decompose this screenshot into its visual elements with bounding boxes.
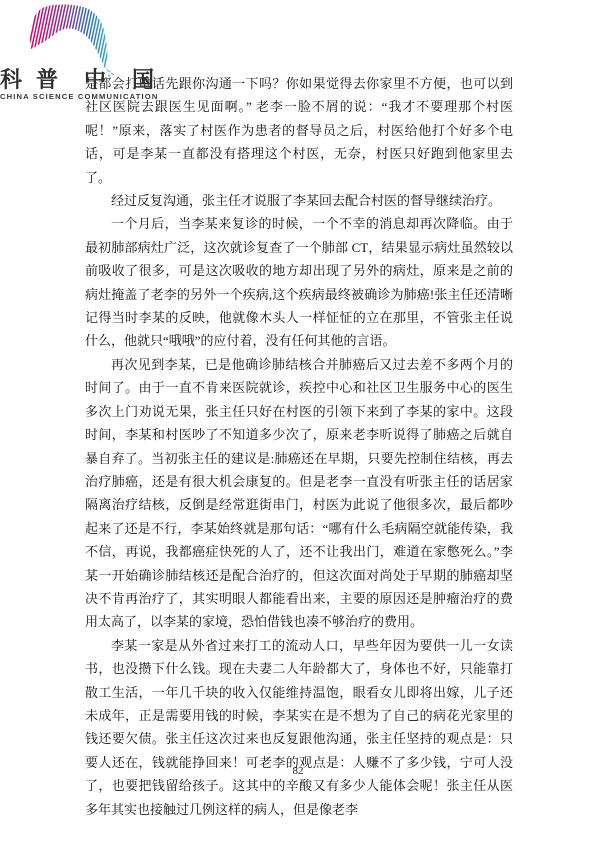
paragraph: 再次见到李某，已是他确诊肺结核合并肺癌后又过去差不多两个月的时间了。由于一直不肯… — [85, 353, 513, 634]
page-number: 82 — [0, 765, 596, 777]
paragraph: 经过反复沟通，张主任才说服了李某回去配合村医的督导继续治疗。 — [85, 189, 513, 212]
paragraph: 李某一家是从外省过来打工的流动人口，早些年因为要供一儿一女读书，也没攒下什么钱。… — [85, 634, 513, 821]
document-body: 是都会打电话先跟你沟通一下吗？你如果觉得去你家里不方便，也可以到社区医院去跟医生… — [85, 72, 513, 821]
page: 科普 中国 CHINA SCIENCE COMMUNICATION 是都会打电话… — [0, 0, 596, 842]
logo-title-cn-part1: 科普 — [0, 68, 72, 92]
paragraph: 一个月后，当李某来复诊的时候，一个不幸的消息却再次降临。由于最初肺部病灶广泛，这… — [85, 212, 513, 352]
logo-title-cn-part2: 中国 — [84, 68, 180, 92]
logo-subtitle-en: CHINA SCIENCE COMMUNICATION — [0, 92, 158, 101]
logo: 科普 中国 CHINA SCIENCE COMMUNICATION — [0, 0, 200, 105]
